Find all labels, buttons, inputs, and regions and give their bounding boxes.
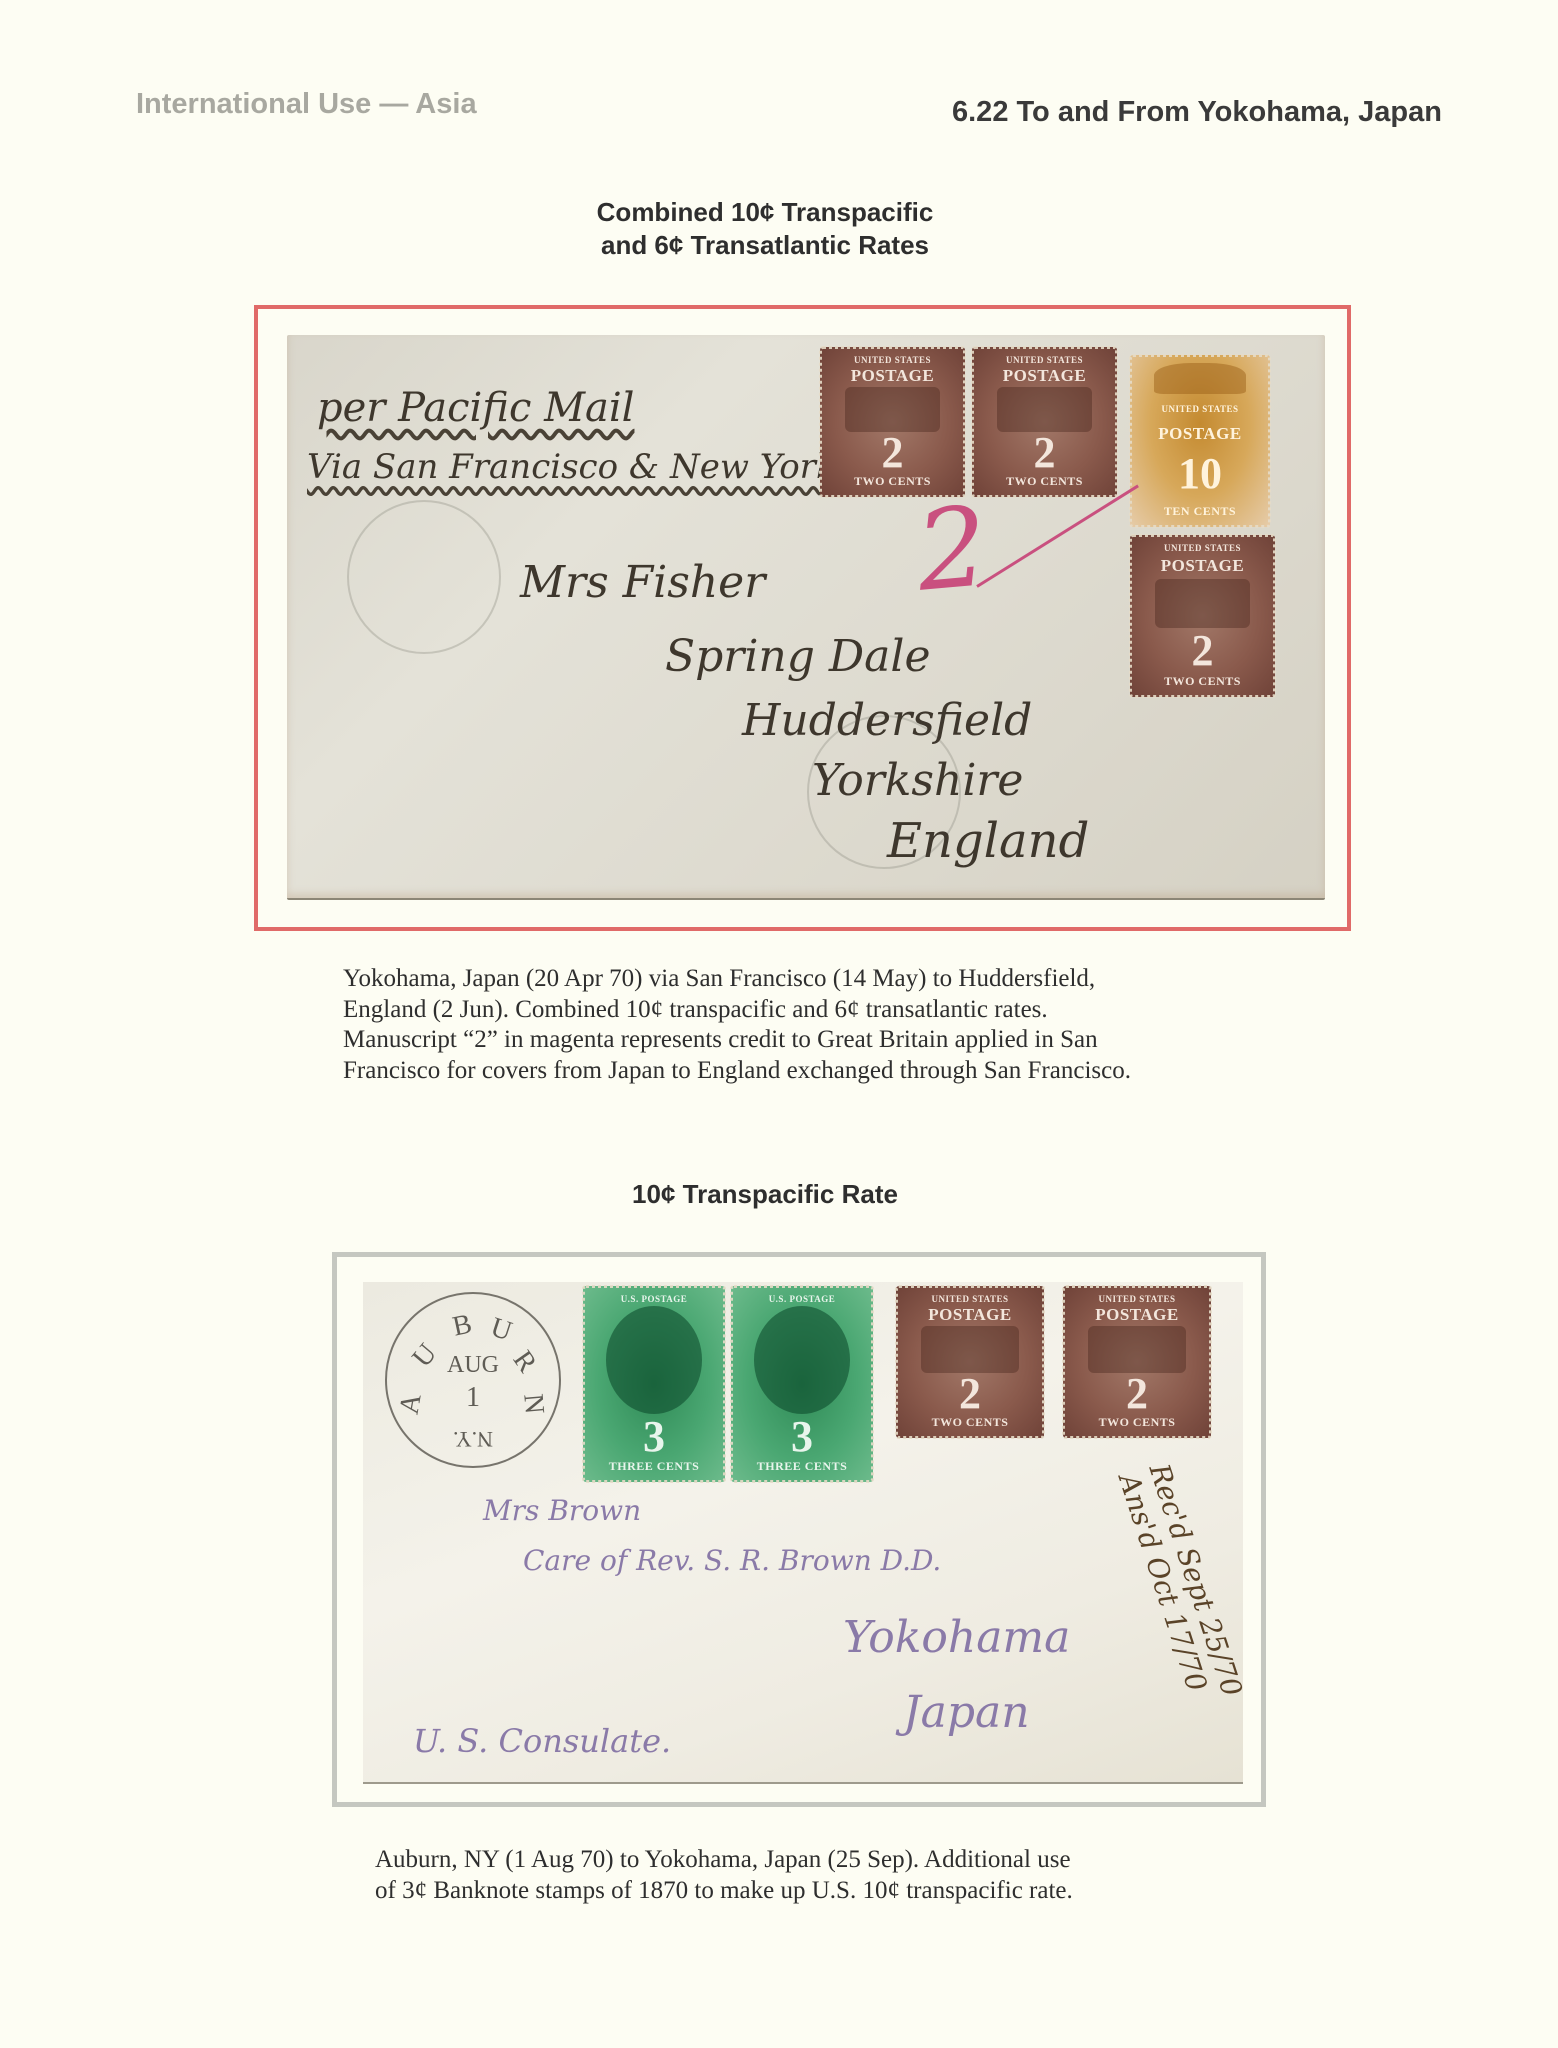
address-line-1: Mrs Fisher [520,557,765,608]
pictorial-2c-post-horse-rider-stamp-icon: UNITED STATES POSTAGE 2 TWO CENTS [1063,1286,1211,1438]
address-line-3: Yokohama [843,1612,1070,1663]
pictorial-2c-post-horse-rider-stamp-icon: UNITED STATES POSTAGE 2 TWO CENTS [972,347,1117,497]
pictorial-10c-shield-eagle-stamp-icon: UNITED STATES POSTAGE 10 TEN CENTS [1130,355,1270,527]
exhibit-2-title: 10¢ Transpacific Rate [0,1178,1544,1211]
postmark-month: AUG [387,1352,559,1379]
stamp-bottom-text: TWO CENTS [932,1415,1009,1430]
pictorial-2c-post-horse-rider-stamp-icon: UNITED STATES POSTAGE 2 TWO CENTS [1130,535,1275,697]
exhibit-1-title: Combined 10¢ Transpacific and 6¢ Transat… [0,196,1544,262]
caption-line: Francisco for covers from Japan to Engla… [343,1056,1131,1087]
banknote-3c-washington-stamp-icon: U.S. POSTAGE 3 THREE CENTS [731,1286,873,1482]
stamp-denomination: 3 [643,1417,665,1457]
receipt-docket: Rec'd Sept 25/70 Ans'd Oct 17/70 [1112,1460,1248,1710]
stamp-top-text: UNITED STATES [1006,355,1083,365]
address-line-2: Care of Rev. S. R. Brown D.D. [523,1544,941,1577]
stamp-bottom-text: TWO CENTS [1099,1415,1176,1430]
section-label: International Use — Asia [136,88,477,121]
caption-line: of 3¢ Banknote stamps of 1870 to make up… [375,1876,1073,1907]
postmark-town-letter: U [487,1312,516,1349]
endorsement-line-1: per Pacific Mail [317,385,634,431]
stamp-top-text: UNITED STATES [1164,543,1241,553]
horse-rider-vignette [1155,579,1251,629]
exhibit-2-caption: Auburn, NY (1 Aug 70) to Yokohama, Japan… [375,1845,1073,1906]
caption-line: Manuscript “2” in magenta represents cre… [343,1025,1131,1056]
stamp-denomination: 10 [1178,454,1222,494]
eagle-vignette [1154,363,1246,394]
horse-rider-vignette [997,387,1093,433]
stamp-denomination: 2 [1192,631,1214,671]
exhibit-1-title-line-1: Combined 10¢ Transpacific [0,196,1544,229]
stamp-top-text: UNITED STATES [1162,404,1239,414]
horse-rider-vignette [845,387,941,433]
stamp-mid-text: POSTAGE [928,1305,1011,1325]
manuscript-credit-stroke [976,485,1139,588]
stamp-denomination: 2 [1126,1374,1148,1414]
stamp-mid-text: POSTAGE [1095,1305,1178,1325]
pictorial-2c-post-horse-rider-stamp-icon: UNITED STATES POSTAGE 2 TWO CENTS [820,347,965,497]
auburn-ny-postmark: A U B U R N AUG 1 N.Y. [385,1292,561,1468]
address-line-5: England [887,813,1089,869]
stamp-top-text: UNITED STATES [932,1294,1009,1304]
postmark-town-letter: B [450,1308,475,1343]
stamp-bottom-text: THREE CENTS [609,1459,700,1474]
endorsement-line-2: Via San Francisco & New York [307,447,837,487]
address-line-4: Japan [903,1687,1030,1738]
stamp-top-text: UNITED STATES [854,355,931,365]
exhibit-1-caption: Yokohama, Japan (20 Apr 70) via San Fran… [343,964,1131,1086]
caption-line: Yokohama, Japan (20 Apr 70) via San Fran… [343,964,1131,995]
washington-portrait-vignette [754,1306,850,1414]
postmark-day: 1 [387,1382,559,1414]
address-line-4: Yorkshire [812,755,1023,806]
horse-rider-vignette [921,1326,1019,1372]
address-line-2: Spring Dale [665,631,931,682]
stamp-top-text: U.S. POSTAGE [621,1294,688,1304]
stamp-mid-text: POSTAGE [1161,556,1244,576]
caption-line: England (2 Jun). Combined 10¢ transpacif… [343,995,1131,1026]
stamp-top-text: U.S. POSTAGE [769,1294,836,1304]
caption-line: Auburn, NY (1 Aug 70) to Yokohama, Japan… [375,1845,1073,1876]
page-title: 6.22 To and From Yokohama, Japan [952,96,1442,129]
manuscript-credit-2: 2 [912,482,993,616]
stamp-top-text: UNITED STATES [1099,1294,1176,1304]
exhibit-2-title-line-1: 10¢ Transpacific Rate [0,1178,1544,1211]
lower-left-note: U. S. Consulate. [413,1722,671,1760]
stamp-bottom-text: TWO CENTS [1006,474,1083,489]
postmark-state: N.Y. [387,1426,559,1452]
stamp-bottom-text: TWO CENTS [1164,674,1241,689]
stamp-denomination: 2 [1034,433,1056,473]
washington-portrait-vignette [606,1306,702,1414]
stamp-denomination: 2 [959,1374,981,1414]
horse-rider-vignette [1088,1326,1186,1372]
faint-postmark [347,500,501,654]
stamp-mid-text: POSTAGE [1158,424,1241,444]
stamp-bottom-text: TEN CENTS [1164,504,1236,519]
stamp-denomination: 3 [791,1417,813,1457]
exhibit-1-cover: per Pacific Mail Via San Francisco & New… [287,335,1325,900]
stamp-mid-text: POSTAGE [851,366,934,386]
pictorial-2c-post-horse-rider-stamp-icon: UNITED STATES POSTAGE 2 TWO CENTS [896,1286,1044,1438]
address-line-1: Mrs Brown [483,1494,641,1527]
banknote-3c-washington-stamp-icon: U.S. POSTAGE 3 THREE CENTS [583,1286,725,1482]
stamp-denomination: 2 [882,433,904,473]
exhibit-1-title-line-2: and 6¢ Transatlantic Rates [0,229,1544,262]
stamp-bottom-text: THREE CENTS [757,1459,848,1474]
stamp-mid-text: POSTAGE [1003,366,1086,386]
address-line-3: Huddersfield [742,695,1032,746]
